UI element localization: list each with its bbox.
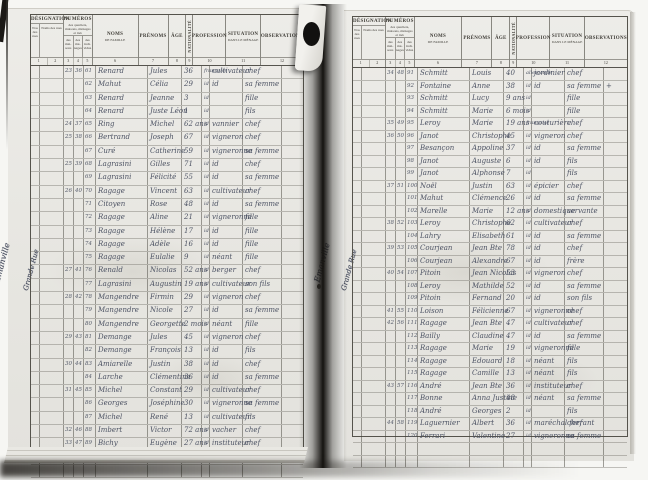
cell-nom: Schmitt [418, 106, 470, 118]
cell-rue-no [31, 106, 40, 118]
cell-nom: Ragage [96, 252, 148, 264]
cell-nationalite: id [202, 106, 210, 118]
table-row: 69 Lagrasini Félicité 55 id id sa femme [31, 172, 303, 185]
table-row: 99 Janot Alphonse 7 id fils [353, 168, 627, 181]
cell-profession: id [210, 305, 243, 317]
cell-menage-no [74, 239, 84, 251]
cell-situation: chef [243, 292, 282, 304]
cell-rue-nom [362, 331, 386, 343]
col-designation: DÉSIGNATION Nos des rues Noms des rues 1… [31, 15, 64, 65]
col-numeral: 9 [186, 58, 192, 65]
cell-rue-no [353, 93, 362, 105]
right-page-edge [630, 12, 636, 454]
cell-maison-no [64, 398, 74, 410]
cell-nom: Amiarelle [96, 359, 148, 371]
cell-menage-no [74, 79, 84, 91]
cell-nom: Curé [96, 146, 148, 158]
cell-nom: Schmitt [418, 93, 470, 105]
cell-nationalite: id [202, 359, 210, 371]
cell-situation: chef [243, 66, 282, 78]
cell-nom: Janot [418, 156, 470, 168]
table-row: 98 Janot Auguste 6 id id fils [353, 156, 627, 169]
cell-age: 6 [504, 156, 524, 168]
cell-maison-no: 40 [386, 268, 396, 280]
cell-individu-no: 85 [84, 385, 96, 397]
cell-nom: Pitoin [418, 293, 470, 305]
cell-profession: néant [532, 368, 565, 380]
cell-prenom: Fernand [470, 293, 504, 305]
cell-menage-no: 44 [74, 359, 84, 371]
cell-rue-no [353, 168, 362, 180]
cell-maison-no [386, 443, 396, 455]
cell-rue-no [31, 66, 40, 78]
gutter-dark-notch [303, 22, 320, 46]
cell-nationalite: id [202, 212, 210, 224]
cell-rue-no [353, 306, 362, 318]
table-row: 26 40 70 Ragage Vincent 63 id cultivateu… [31, 186, 303, 199]
cell-nom: Ragage [418, 356, 470, 368]
cell-nom: Pitoin [418, 268, 470, 280]
cell-situation: chef [565, 218, 604, 230]
cell-observations [604, 93, 627, 105]
cell-rue-no [353, 68, 362, 80]
cell-profession: id [210, 359, 243, 371]
cell-situation: fille [243, 212, 282, 224]
cell-profession: cultivateur [210, 279, 243, 291]
cell-rue-no [353, 343, 362, 355]
cell-menage-no [396, 293, 406, 305]
cell-menage-no: 56 [396, 318, 406, 330]
cell-maison-no: 24 [64, 119, 74, 131]
cell-profession: id [210, 372, 243, 384]
cell-nom [418, 443, 470, 455]
cell-observations [604, 331, 627, 343]
cell-situation: chef [565, 181, 604, 193]
cell-individu-no: 109 [406, 293, 418, 305]
cell-individu-no: 94 [406, 106, 418, 118]
cell-profession [532, 93, 565, 105]
cell-rue-nom [40, 425, 64, 437]
cell-observations [604, 143, 627, 155]
col-numeral: 6 [93, 58, 138, 65]
cell-age: 67 [504, 306, 524, 318]
cell-profession: cultivateur [532, 318, 565, 330]
cell-prenom: François [148, 345, 182, 357]
designation-sub2: Noms des rues [40, 24, 63, 58]
cell-profession: berger [210, 265, 243, 277]
cell-profession: id [532, 331, 565, 343]
cell-situation: sa femme [243, 398, 282, 410]
cell-profession: vigneronne [210, 212, 243, 224]
cell-rue-no [353, 106, 362, 118]
cell-observations [604, 431, 627, 443]
cell-nom: Renald [96, 265, 148, 277]
cell-rue-nom [40, 332, 64, 344]
cell-prenom: Victor [148, 425, 182, 437]
cell-menage-no [74, 372, 84, 384]
cell-menage-no: 40 [74, 186, 84, 198]
cell-rue-nom [362, 118, 386, 130]
cell-nationalite: id [202, 172, 210, 184]
cell-profession: id [210, 159, 243, 171]
cell-rue-no [31, 345, 40, 357]
cell-rue-nom [362, 393, 386, 405]
cell-nom: Imbert [96, 425, 148, 437]
cell-nom: Bailly [418, 331, 470, 343]
cell-individu-no: 93 [406, 93, 418, 105]
cell-individu-no: 63 [84, 93, 96, 105]
cell-individu-no: 75 [84, 252, 96, 264]
col-situation: SITUATION DANS LE MÉNAGE 11 [226, 15, 260, 65]
cell-nationalite: allemande [524, 68, 532, 80]
cell-maison-no [386, 293, 396, 305]
cell-profession: id [532, 193, 565, 205]
cell-individu-no: 78 [84, 292, 96, 304]
cell-individu-no: 96 [406, 131, 418, 143]
cell-nationalite: id [202, 239, 210, 251]
cell-rue-no [353, 193, 362, 205]
cell-age: 2 mois [182, 319, 202, 331]
col-nationalite-title: NATIONALITÉ [187, 20, 192, 53]
cell-prenom: Jean Bte [470, 243, 504, 255]
table-row: 25 39 68 Lagrasini Gilles 71 id id chef [31, 159, 303, 172]
designation-sub1: Nos des rues [31, 24, 40, 58]
col-prenoms-title: PRÉNOMS [463, 36, 490, 42]
census-table-left: DÉSIGNATION Nos des rues Noms des rues 1… [30, 14, 304, 449]
cell-rue-nom [362, 431, 386, 443]
cell-profession: id [210, 172, 243, 184]
col-numeral: 5 [405, 60, 414, 67]
cell-individu-no: 116 [406, 381, 418, 393]
col-numeral: 3 [64, 58, 74, 65]
cell-rue-nom [362, 106, 386, 118]
table-row: 82 Demange François 13 id id fils [31, 345, 303, 358]
cell-age: 63 [504, 181, 524, 193]
cell-maison-no [386, 143, 396, 155]
table-row: 44 58 119 Laguernier Albert 36 id maréch… [353, 418, 627, 431]
cell-maison-no: 29 [64, 332, 74, 344]
cell-maison-no: 26 [64, 186, 74, 198]
cell-menage-no [396, 106, 406, 118]
cell-age: 1 [182, 106, 202, 118]
cell-rue-no [353, 418, 362, 430]
cell-situation: fille [243, 239, 282, 251]
cell-nom: Ragage [418, 368, 470, 380]
cell-menage-no: 55 [396, 306, 406, 318]
numeros-sub3: des indi-vidus [83, 36, 92, 57]
cell-rue-no [31, 239, 40, 251]
cell-age: 78 [504, 243, 524, 255]
cell-situation [565, 443, 604, 455]
cell-rue-nom [40, 146, 64, 158]
cell-age: 30 [182, 398, 202, 410]
cell-nationalite: id [524, 93, 532, 105]
cell-nom: Leroy [418, 118, 470, 130]
cell-maison-no: 28 [64, 292, 74, 304]
cell-nom: Ragage [96, 212, 148, 224]
cell-situation: fille [565, 106, 604, 118]
cell-nationalite: id [524, 218, 532, 230]
cell-nom: Lagrasini [96, 172, 148, 184]
cell-rue-nom [40, 385, 64, 397]
cell-rue-no [353, 406, 362, 418]
designation-subcols: Nos des rues Noms des rues [31, 23, 63, 58]
cell-rue-no [31, 252, 40, 264]
cell-menage-no [74, 106, 84, 118]
cell-rue-nom [40, 305, 64, 317]
cell-individu-no: 80 [84, 319, 96, 331]
cell-profession [532, 443, 565, 455]
cell-rue-no [31, 305, 40, 317]
cell-individu-no: 114 [406, 356, 418, 368]
table-row: 67 Curé Catherine 59 id vigneronne sa fe… [31, 146, 303, 159]
cell-rue-no [31, 319, 40, 331]
cell-individu-no: 104 [406, 231, 418, 243]
cell-menage-no: 53 [396, 243, 406, 255]
cell-rue-nom [362, 406, 386, 418]
cell-individu-no: 118 [406, 406, 418, 418]
cell-nom: Demange [96, 332, 148, 344]
cell-profession: vigneron [210, 332, 243, 344]
table-row: 77 Lagrasini Augustin 19 ans id cultivat… [31, 279, 303, 292]
cell-menage-no [396, 343, 406, 355]
table-row: 86 Georges Joséphine 30 id vigneronne sa… [31, 398, 303, 411]
cell-situation: sa femme [243, 172, 282, 184]
cell-profession: id [532, 293, 565, 305]
cell-rue-nom [362, 93, 386, 105]
table-rows-left: 23 36 61 Renard Jules 36 française culti… [31, 66, 303, 478]
cell-maison-no [64, 345, 74, 357]
cell-profession: vigneron [210, 132, 243, 144]
cell-nom: Janot [418, 168, 470, 180]
cell-situation: sa femme [243, 199, 282, 211]
cell-nationalite: id [524, 368, 532, 380]
cell-individu-no: 86 [84, 398, 96, 410]
cell-maison-no [64, 279, 74, 291]
cell-individu-no: 87 [84, 412, 96, 424]
cell-maison-no [386, 156, 396, 168]
cell-nom: Loison [418, 306, 470, 318]
col-nationalite-title: NATIONALITÉ [511, 22, 516, 55]
cell-rue-no [31, 332, 40, 344]
col-numeral: 2 [48, 58, 64, 65]
cell-rue-no [353, 231, 362, 243]
cell-menage-no: 45 [74, 385, 84, 397]
cell-nationalite: id [524, 81, 532, 93]
cell-situation: fille [565, 93, 604, 105]
cell-age: 62 ans [182, 119, 202, 131]
cell-nationalite: id [524, 131, 532, 143]
cell-maison-no [386, 368, 396, 380]
cell-rue-no [31, 385, 40, 397]
cell-nationalite: id [202, 292, 210, 304]
cell-prenom: Jules [148, 66, 182, 78]
col-numeral: 2 [370, 60, 386, 67]
col-age-title: ÂGE [171, 34, 183, 40]
cell-age: 29 [182, 79, 202, 91]
col-numeral: 1 [31, 58, 48, 65]
cell-prenom: Clémentine [148, 372, 182, 384]
cell-rue-nom [40, 106, 64, 118]
cell-menage-no [396, 331, 406, 343]
cell-situation: chef [243, 159, 282, 171]
cell-age: 53 [504, 268, 524, 280]
cell-profession: vigneron [532, 268, 565, 280]
cell-individu-no: 69 [84, 172, 96, 184]
cell-menage-no [396, 443, 406, 455]
cell-age: 61 [504, 231, 524, 243]
cell-rue-nom [362, 418, 386, 430]
cell-prenom: Justin [470, 181, 504, 193]
cell-nationalite: id [524, 181, 532, 193]
cell-individu-no: 70 [84, 186, 96, 198]
cell-maison-no: 41 [386, 306, 396, 318]
cell-nationalite: id [524, 318, 532, 330]
table-row: 23 36 61 Renard Jules 36 française culti… [31, 66, 303, 79]
numeros-subcols: des mai-sons des mé-nages des indi-vidus [64, 35, 92, 57]
cell-nationalite: id [202, 385, 210, 397]
cell-menage-no: 39 [74, 159, 84, 171]
cell-prenom: Jeanne [148, 93, 182, 105]
cell-nom: Mangendre [96, 292, 148, 304]
cell-nom: Lagrasini [96, 279, 148, 291]
cell-nom: Bertrand [96, 132, 148, 144]
cell-age: 13 [182, 345, 202, 357]
cell-prenom: Appoline [470, 143, 504, 155]
cell-profession: vigneronne [210, 398, 243, 410]
cell-observations [604, 368, 627, 380]
table-row: 118 André Georges 2 id fils [353, 406, 627, 419]
cell-age: 36 [182, 372, 202, 384]
cell-rue-no [31, 265, 40, 277]
cell-individu-no: 72 [84, 212, 96, 224]
cell-individu-no: 113 [406, 343, 418, 355]
cell-menage-no: 51 [396, 181, 406, 193]
cell-profession: épicier [532, 181, 565, 193]
numeros-sub3: des indi-vidus [405, 38, 414, 59]
table-row: 39 53 105 Courjean Jean Bte 78 id id che… [353, 243, 627, 256]
cell-profession: maréchal ferrant [532, 418, 565, 430]
cell-profession: id [532, 81, 565, 93]
cell-nationalite: id [202, 265, 210, 277]
cell-maison-no [386, 231, 396, 243]
cell-prenom: Lucy [470, 93, 504, 105]
cell-menage-no [396, 143, 406, 155]
col-noms-sub: DE FAMILLE [427, 40, 449, 44]
table-row: 30 44 83 Amiarelle Justin 38 id id chef [31, 359, 303, 372]
cell-situation: servante [565, 206, 604, 218]
cell-rue-nom [362, 306, 386, 318]
cell-nom: Marelle [418, 206, 470, 218]
cell-rue-nom [40, 199, 64, 211]
cell-individu-no: 71 [84, 199, 96, 211]
cell-individu-no: 100 [406, 181, 418, 193]
cell-rue-no [353, 118, 362, 130]
cell-rue-nom [40, 66, 64, 78]
col-prenoms-title: PRÉNOMS [139, 34, 166, 40]
cell-profession: vigneronne [532, 306, 565, 318]
cell-rue-nom [362, 143, 386, 155]
cell-individu-no: 101 [406, 193, 418, 205]
cell-maison-no: 27 [64, 265, 74, 277]
cell-situation: chef [565, 318, 604, 330]
cell-rue-nom [362, 218, 386, 230]
cell-nom: Ragage [418, 343, 470, 355]
cell-rue-no [353, 393, 362, 405]
col-nationalite: NATIONALITÉ 9 [186, 15, 193, 65]
cell-individu-no: 62 [84, 79, 96, 91]
cell-nationalite: id [202, 412, 210, 424]
cell-observations [604, 106, 627, 118]
cell-menage-no [74, 279, 84, 291]
cell-menage-no [396, 368, 406, 380]
cell-maison-no [64, 212, 74, 224]
table-rows-right: 34 48 91 Schmitt Louis 40 allemande jard… [353, 68, 627, 468]
cell-nom: Leroy [418, 281, 470, 293]
cell-situation: sa femme [565, 231, 604, 243]
col-numeral: 4 [74, 58, 84, 65]
cell-menage-no [396, 231, 406, 243]
cell-prenom: Marie [470, 206, 504, 218]
cell-menage-no: 41 [74, 265, 84, 277]
table-row: 120 Ferrari Valentine 27 id vigneronne s… [353, 431, 627, 444]
cell-rue-nom [40, 319, 64, 331]
cell-situation: sa femme [565, 193, 604, 205]
col-numeral: 5 [83, 58, 92, 65]
cell-profession [210, 106, 243, 118]
cell-situation: chef [243, 186, 282, 198]
cell-individu-no: 102 [406, 206, 418, 218]
cell-profession: id [210, 345, 243, 357]
cell-maison-no [64, 252, 74, 264]
cell-observations [604, 206, 627, 218]
cell-situation: chef [243, 385, 282, 397]
cell-rue-no [353, 368, 362, 380]
col-numeral: 9 [510, 60, 516, 67]
cell-prenom: Christophe [470, 218, 504, 230]
cell-nationalite: id [524, 418, 532, 430]
cell-observations [604, 193, 627, 205]
col-numeral: 11 [226, 58, 259, 65]
table-row [353, 443, 627, 456]
cell-menage-no [396, 393, 406, 405]
table-row: 28 42 78 Mangendre Firmin 29 id vigneron… [31, 292, 303, 305]
cell-profession: domestique [532, 206, 565, 218]
table-row: 101 Mahut Clémence 26 id id sa femme [353, 193, 627, 206]
table-row: 36 50 96 Janot Christophe 45 id vigneron… [353, 131, 627, 144]
cell-individu-no: 95 [406, 118, 418, 130]
cell-prenom: Marie [470, 118, 504, 130]
cell-nationalite: id [202, 93, 210, 105]
col-prenoms: PRÉNOMS 7 [462, 17, 492, 67]
cell-nom: Demange [96, 345, 148, 357]
cell-individu-no: 82 [84, 345, 96, 357]
cell-maison-no: 34 [386, 68, 396, 80]
cell-maison-no [386, 206, 396, 218]
cell-age: 9 [182, 252, 202, 264]
cell-age: 72 ans [182, 425, 202, 437]
cell-nom: Ragage [96, 239, 148, 251]
numeros-subcols: des mai-sons des mé-nages des indi-vidus [386, 37, 414, 59]
table-row: 24 37 65 Ring Michel 62 ans id vannier c… [31, 119, 303, 132]
cell-maison-no: 35 [386, 118, 396, 130]
cell-profession: couturière [532, 118, 565, 130]
cell-situation: chef [243, 332, 282, 344]
cell-maison-no [64, 79, 74, 91]
cell-age: 19 ans [182, 279, 202, 291]
cell-observations [604, 293, 627, 305]
cell-nationalite: id [524, 256, 532, 268]
